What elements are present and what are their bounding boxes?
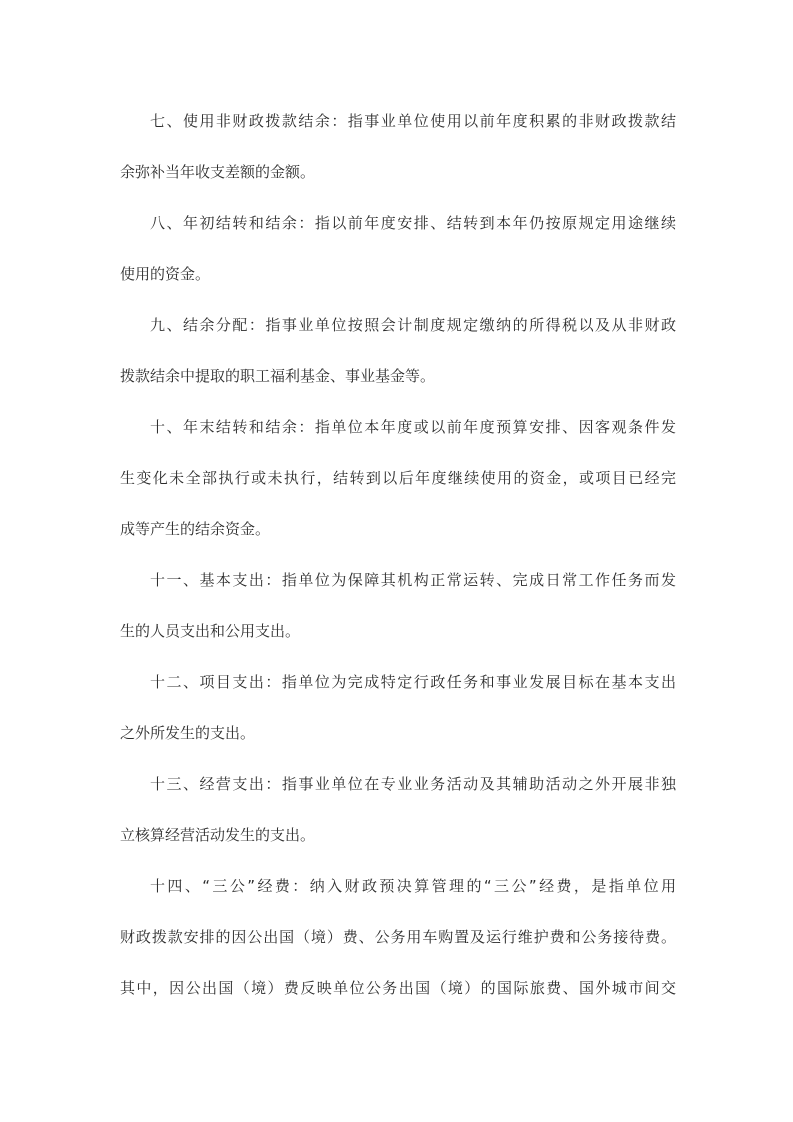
paragraph-13-line-1: 十三、经营支出：指事业单位在专业业务活动及其辅助活动之外开展非独	[150, 774, 676, 794]
paragraph-7-line-2: 余弥补当年收支差额的金额。	[120, 162, 676, 182]
paragraph-14-line-2: 财政拨款安排的因公出国（境）费、公务用车购置及运行维护费和公务接待费。	[120, 927, 676, 947]
paragraph-12-line-2: 之外所发生的支出。	[120, 723, 676, 743]
paragraph-10-line-1: 十、年末结转和结余：指单位本年度或以前年度预算安排、因客观条件发	[150, 417, 676, 437]
paragraph-12-line-1: 十二、项目支出：指单位为完成特定行政任务和事业发展目标在基本支出	[150, 672, 676, 692]
paragraph-9-line-1: 九、结余分配：指事业单位按照会计制度规定缴纳的所得税以及从非财政	[150, 315, 676, 335]
paragraph-13-line-2: 立核算经营活动发生的支出。	[120, 825, 676, 845]
paragraph-8-line-1: 八、年初结转和结余：指以前年度安排、结转到本年仍按原规定用途继续	[150, 213, 676, 233]
paragraph-10-line-3: 成等产生的结余资金。	[120, 519, 676, 539]
paragraph-7-line-1: 七、使用非财政拨款结余：指事业单位使用以前年度积累的非财政拨款结	[150, 111, 676, 131]
paragraph-14-line-1: 十四、“三公”经费：纳入财政预决算管理的“三公”经费，是指单位用	[150, 876, 676, 896]
document-page: 七、使用非财政拨款结余：指事业单位使用以前年度积累的非财政拨款结 余弥补当年收支…	[0, 0, 793, 1122]
paragraph-14-line-3: 其中，因公出国（境）费反映单位公务出国（境）的国际旅费、国外城市间交	[120, 978, 676, 998]
paragraph-10-line-2: 生变化未全部执行或未执行，结转到以后年度继续使用的资金，或项目已经完	[120, 468, 676, 488]
paragraph-11-line-1: 十一、基本支出：指单位为保障其机构正常运转、完成日常工作任务而发	[150, 570, 676, 590]
paragraph-11-line-2: 生的人员支出和公用支出。	[120, 621, 676, 641]
paragraph-9-line-2: 拨款结余中提取的职工福利基金、事业基金等。	[120, 366, 676, 386]
paragraph-8-line-2: 使用的资金。	[120, 264, 676, 284]
